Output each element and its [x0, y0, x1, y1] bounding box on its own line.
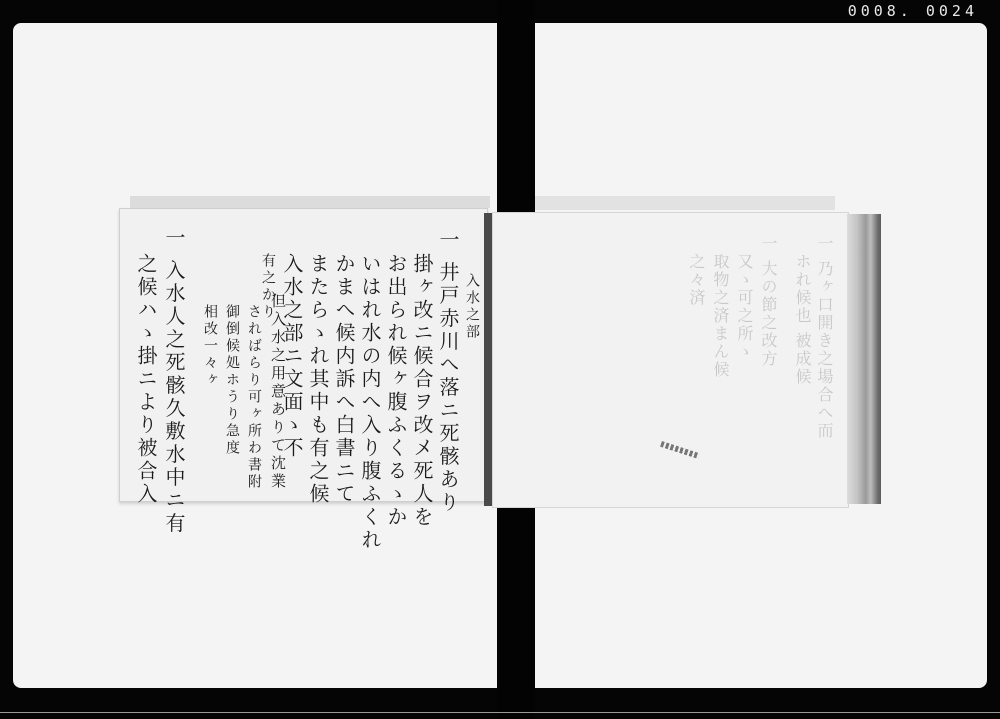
text-column: 御倒候処ホうり急度	[223, 304, 241, 457]
text-column: お出られ候ヶ腹ふくるゝか	[383, 253, 409, 529]
faint-text-column: 一 大の節之改方	[758, 235, 778, 368]
book-right-top-edge	[535, 196, 835, 210]
page-gutter	[484, 213, 492, 506]
text-column: 一 入水人之死骸久敷水中ニ有	[161, 227, 187, 535]
text-column: 但入水之用意ありて沈業	[269, 293, 287, 491]
faint-text-column: 取物之済まん候	[710, 253, 730, 379]
text-column: さればらり可ヶ所わ書附	[245, 304, 263, 491]
film-edge-line	[0, 712, 1000, 713]
book-page-edges	[847, 214, 881, 504]
text-column: 之候ハゝ掛ニより被合入	[133, 253, 159, 506]
faint-text-column: ホれ候也 被成候	[792, 253, 812, 386]
text-column: またらゝれ其中も有之候	[305, 253, 331, 506]
faint-text-column: 之々済	[686, 253, 706, 307]
text-column: かまへ候内訴へ白書ニて	[331, 253, 357, 506]
book-top-edge	[130, 196, 490, 208]
page-header: 入水之部	[463, 273, 481, 341]
frame-counter: 0008. 0024	[848, 2, 978, 20]
right-page: 一 乃ヶ口開き之場合へ而 ホれ候也 被成候 一 大の節之改方 又ゝ可之所ゝ 取物…	[492, 212, 849, 508]
text-column: 一 井戸赤川へ落ニ死骸あり	[435, 229, 461, 514]
text-column: 掛ヶ改ニ候合ヲ改メ死人を	[409, 253, 435, 529]
text-column: 相改一々ヶ	[201, 304, 219, 389]
faint-text-column: 一 乃ヶ口開き之場合へ而	[814, 235, 834, 440]
left-page: 入水之部 一 井戸赤川へ落ニ死骸あり 掛ヶ改ニ候合ヲ改メ死人を お出られ候ヶ腹ふ…	[119, 208, 488, 502]
text-column: いはれ水の内へ入り腹ふくれ	[357, 253, 383, 552]
faint-text-column: 又ゝ可之所ゝ	[734, 253, 754, 361]
